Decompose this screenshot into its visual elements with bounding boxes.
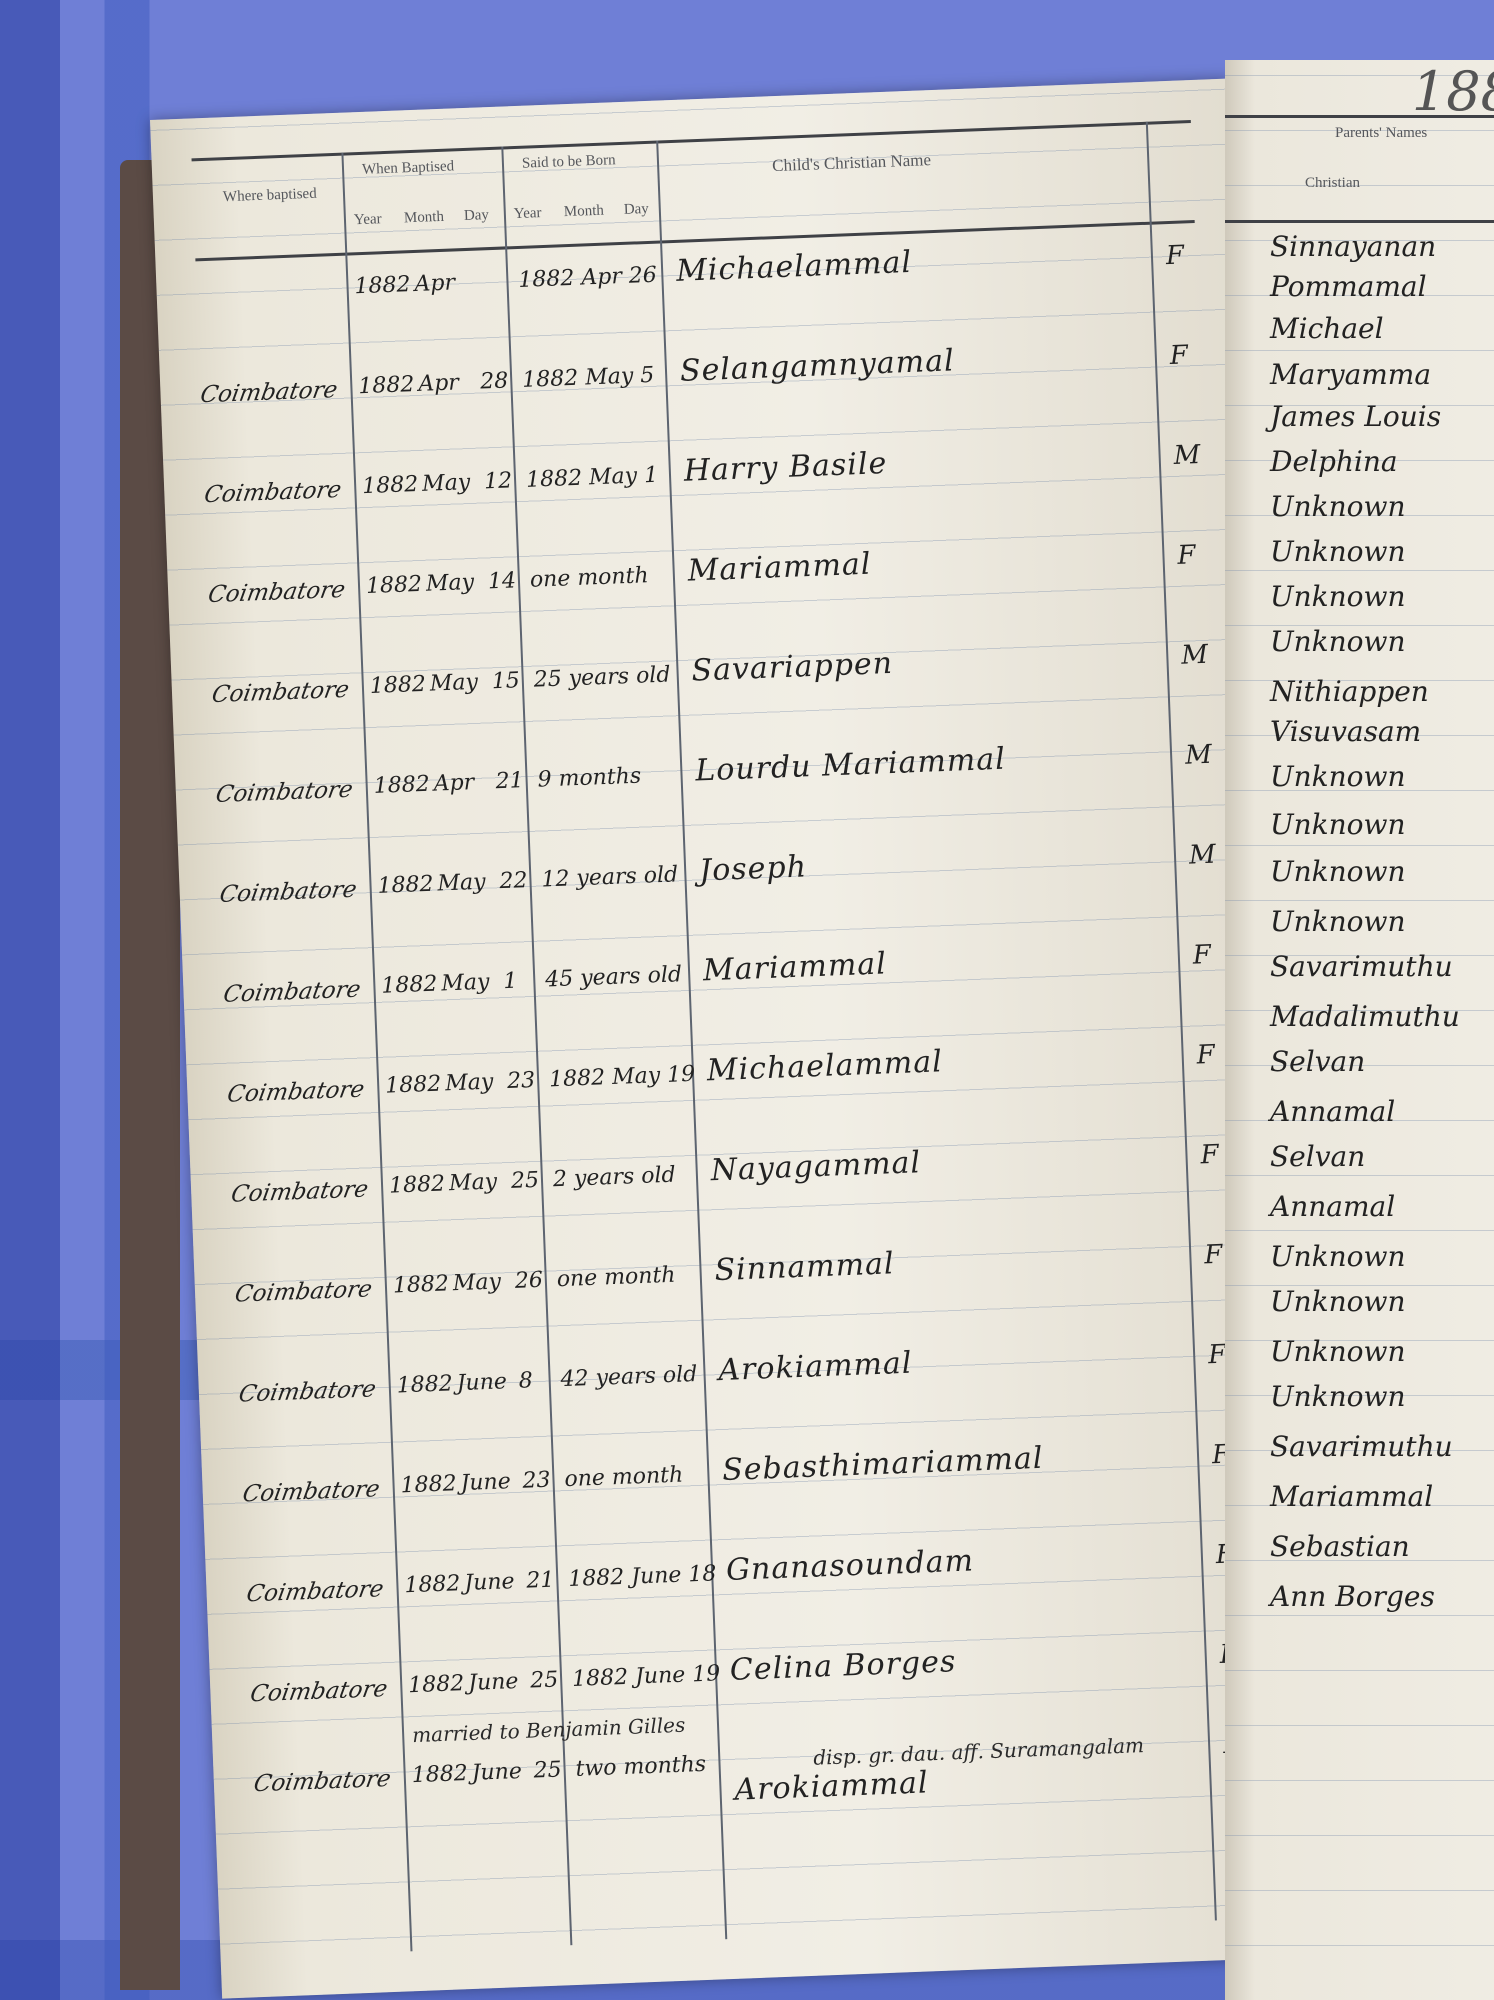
parent-name: Annamal xyxy=(1270,1190,1395,1223)
bap-year: 1882 xyxy=(392,1271,449,1298)
place: Coimbatore xyxy=(252,1766,393,1797)
header-where: Where baptised xyxy=(223,186,317,207)
place: Coimbatore xyxy=(225,1076,366,1107)
sex: M xyxy=(1185,740,1213,771)
parent-name: Nithiappen xyxy=(1270,675,1429,708)
sex: F xyxy=(1204,1240,1223,1271)
child-name: Joseph xyxy=(699,849,808,888)
born: 25 years old xyxy=(533,662,671,692)
header-parents-names: Parents' Names xyxy=(1335,125,1427,142)
sex: M xyxy=(1181,640,1209,671)
sex: F xyxy=(1177,540,1196,571)
child-name: Lourdu Mariammal xyxy=(695,742,1007,789)
page-number: 188 xyxy=(1412,60,1494,123)
parent-name: Unknown xyxy=(1270,1240,1406,1273)
parent-name: Madalimuthu xyxy=(1270,1000,1460,1033)
place: Coimbatore xyxy=(241,1476,382,1507)
parent-name: Maryamma xyxy=(1270,358,1431,391)
bap-day: 14 xyxy=(487,568,516,594)
sex: F xyxy=(1208,1340,1227,1371)
child-name: Arokiammal xyxy=(718,1346,913,1388)
bap-day: 25 xyxy=(533,1757,562,1783)
born: one month xyxy=(556,1263,676,1293)
born: 1882 June 18 xyxy=(568,1561,717,1592)
bap-day: 22 xyxy=(499,868,528,894)
place: Coimbatore xyxy=(233,1276,374,1307)
born: 2 years old xyxy=(553,1163,677,1193)
born: 1882 May 5 xyxy=(522,363,655,393)
header-bap-day: Day xyxy=(464,207,490,225)
child-name: Gnanasoundam xyxy=(725,1543,974,1587)
parent-name: Delphina xyxy=(1270,445,1398,478)
parent-name: Michael xyxy=(1270,312,1384,345)
born: 9 months xyxy=(537,764,641,793)
header-born-month: Month xyxy=(564,203,605,222)
bap-year: 1882 xyxy=(358,372,415,399)
parent-name: Pommamal xyxy=(1270,270,1427,303)
bap-year: 1882 xyxy=(411,1761,468,1788)
bap-month: June xyxy=(471,1759,522,1786)
bap-day: 12 xyxy=(484,468,513,494)
child-name: Mariammal xyxy=(702,946,887,988)
sex: F xyxy=(1196,1040,1215,1071)
sex: F xyxy=(1200,1140,1219,1171)
bap-month: May xyxy=(449,1169,498,1196)
sex: F xyxy=(1165,240,1184,271)
parent-name: Ann Borges xyxy=(1270,1580,1435,1613)
bap-day: 26 xyxy=(514,1268,543,1294)
register-right-page: 188 Parents' Names Christian Sinnayanan … xyxy=(1225,60,1494,2000)
parent-name: Unknown xyxy=(1270,808,1406,841)
header-christian: Christian xyxy=(1305,175,1360,192)
parent-name: Selvan xyxy=(1270,1140,1365,1173)
bap-day: 15 xyxy=(491,668,520,694)
born: 1882 June 19 xyxy=(572,1661,721,1692)
bap-year: 1882 xyxy=(373,772,430,799)
bap-year: 1882 xyxy=(385,1072,442,1099)
header-rule xyxy=(1225,220,1494,223)
parent-name: Savarimuthu xyxy=(1270,950,1453,983)
born: 1882 Apr 26 xyxy=(518,263,657,293)
bap-day: 25 xyxy=(511,1168,540,1194)
place: Coimbatore xyxy=(229,1176,370,1207)
bap-month: May xyxy=(437,870,486,897)
bap-year: 1882 xyxy=(366,572,423,599)
born: 12 years old xyxy=(541,862,679,892)
place: Coimbatore xyxy=(218,877,359,908)
bap-day: 1 xyxy=(503,969,518,995)
sex: F xyxy=(1169,340,1188,371)
child-name: Arokiammal xyxy=(734,1765,929,1807)
child-name: Celina Borges xyxy=(729,1644,957,1688)
born: 1882 May 1 xyxy=(526,463,659,493)
place: Coimbatore xyxy=(248,1676,389,1707)
bap-day: 23 xyxy=(507,1068,536,1094)
bap-year: 1882 xyxy=(369,672,426,699)
bap-month: May xyxy=(441,970,490,997)
parent-name: Unknown xyxy=(1270,535,1406,568)
born: one month xyxy=(529,563,649,593)
bap-day: 28 xyxy=(480,368,509,394)
bap-month: June xyxy=(456,1369,507,1396)
bap-day: 21 xyxy=(495,768,524,794)
bap-month: Apr xyxy=(433,770,474,797)
place: Coimbatore xyxy=(206,577,347,608)
sex: M xyxy=(1188,840,1216,871)
bap-month: Apr xyxy=(414,270,455,297)
parent-name: Selvan xyxy=(1270,1045,1365,1078)
bap-month: June xyxy=(464,1569,515,1596)
parent-name: Sebastian xyxy=(1270,1530,1410,1563)
header-born-day: Day xyxy=(623,201,649,219)
bap-month: Apr xyxy=(418,370,459,397)
bap-month: May xyxy=(429,670,478,697)
child-name: Michaelammal xyxy=(706,1044,943,1088)
bap-month: May xyxy=(445,1070,494,1097)
place: Coimbatore xyxy=(202,477,343,508)
bap-month: June xyxy=(468,1669,519,1696)
place: Coimbatore xyxy=(237,1376,378,1407)
bap-year: 1882 xyxy=(377,872,434,899)
header-born-year: Year xyxy=(514,205,542,223)
sex: F xyxy=(1192,940,1211,971)
bap-year: 1882 xyxy=(396,1371,453,1398)
bap-day: 23 xyxy=(522,1468,551,1494)
bap-month: May xyxy=(452,1269,501,1296)
born: 42 years old xyxy=(560,1362,698,1392)
register-left-page: Where baptised When Baptised Year Month … xyxy=(150,79,1301,1999)
bap-day: 25 xyxy=(530,1667,559,1693)
born: two months xyxy=(575,1752,706,1782)
child-name: Harry Basile xyxy=(683,446,888,489)
header-bap-month: Month xyxy=(404,209,445,228)
child-name: Mariammal xyxy=(687,547,872,589)
parent-name: Sinnayanan xyxy=(1270,230,1436,263)
parent-name: Visuvasam xyxy=(1270,715,1421,748)
parent-name: Unknown xyxy=(1270,855,1406,888)
bap-year: 1882 xyxy=(381,972,438,999)
bap-day: 21 xyxy=(526,1568,555,1594)
bap-month: May xyxy=(426,570,475,597)
born: 45 years old xyxy=(545,962,683,992)
bap-year: 1882 xyxy=(400,1471,457,1498)
bap-year: 1882 xyxy=(404,1571,461,1598)
bap-year: 1882 xyxy=(389,1171,446,1198)
header-bap-year: Year xyxy=(354,211,382,229)
parent-name: Savarimuthu xyxy=(1270,1430,1453,1463)
place: Coimbatore xyxy=(198,377,339,408)
child-name: Michaelammal xyxy=(676,245,913,289)
child-name: Sinnammal xyxy=(714,1246,895,1288)
place: Coimbatore xyxy=(214,777,355,808)
parent-name: Unknown xyxy=(1270,905,1406,938)
child-name: Nayagammal xyxy=(710,1145,922,1188)
parent-name: Unknown xyxy=(1270,490,1406,523)
parent-name: Unknown xyxy=(1270,1335,1406,1368)
place: Coimbatore xyxy=(244,1576,385,1607)
bap-year: 1882 xyxy=(362,472,419,499)
parent-name: Unknown xyxy=(1270,580,1406,613)
born: 1882 May 19 xyxy=(549,1062,696,1093)
parent-name: Annamal xyxy=(1270,1095,1395,1128)
bap-month: May xyxy=(422,470,471,497)
bap-day: 8 xyxy=(518,1368,533,1394)
parent-name: James Louis xyxy=(1270,400,1441,433)
child-name: Savariappen xyxy=(691,646,894,689)
header-said-born: Said to be Born xyxy=(522,152,616,173)
parent-name: Unknown xyxy=(1270,1285,1406,1318)
header-when-baptised: When Baptised xyxy=(362,158,455,179)
bap-year: 1882 xyxy=(354,272,411,299)
bap-year: 1882 xyxy=(408,1671,465,1698)
parent-name: Unknown xyxy=(1270,1380,1406,1413)
child-name: Sebasthimariammal xyxy=(722,1441,1044,1488)
parent-name: Mariammal xyxy=(1270,1480,1433,1513)
child-name: Selangamnyamal xyxy=(679,343,955,389)
place: Coimbatore xyxy=(210,677,351,708)
bap-month: June xyxy=(460,1469,511,1496)
parent-name: Unknown xyxy=(1270,760,1406,793)
parent-name: Unknown xyxy=(1270,625,1406,658)
header-rule xyxy=(1225,115,1494,118)
place: Coimbatore xyxy=(221,976,362,1007)
sex: M xyxy=(1173,440,1201,471)
born: one month xyxy=(564,1463,684,1493)
